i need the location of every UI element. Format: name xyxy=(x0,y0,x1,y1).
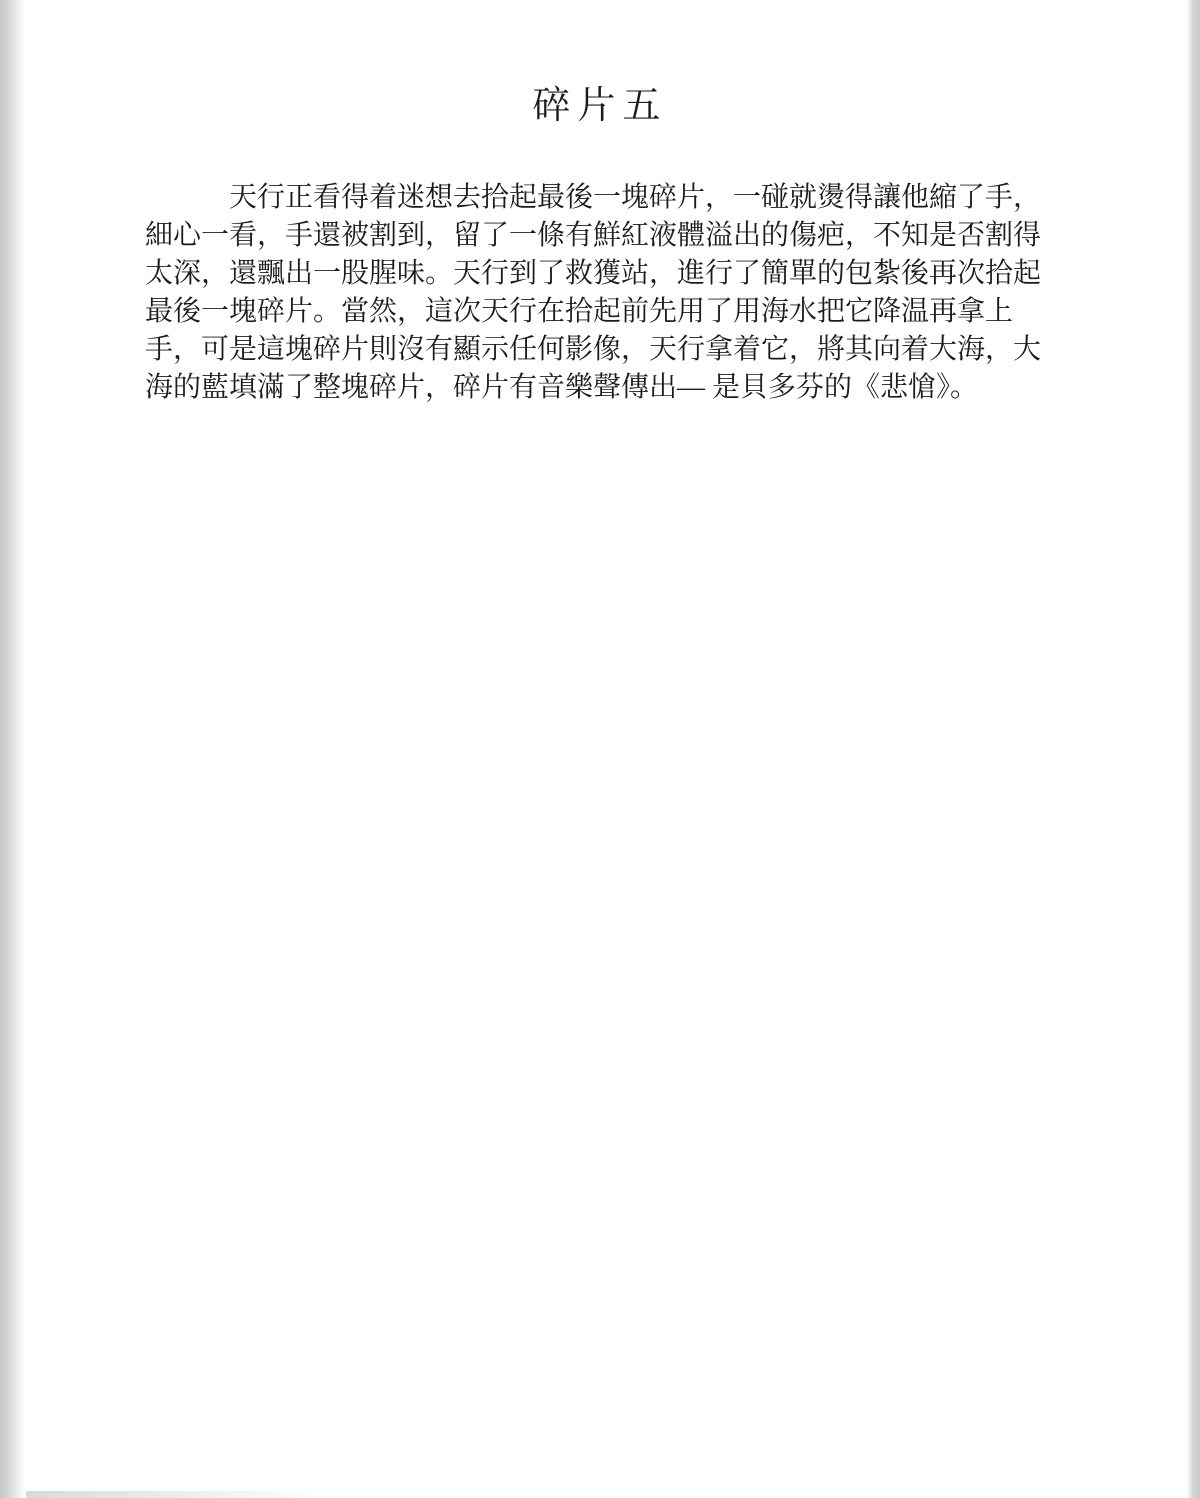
paragraph-line: 手，可是這塊碎片則沒有顯示任何影像，天行拿着它，將其向着大海，大 xyxy=(145,331,1050,369)
scan-edge-bottom xyxy=(26,1491,326,1498)
paragraph-line: 最後一塊碎片。當然，這次天行在拾起前先用了用海水把它降温再拿上 xyxy=(145,293,1050,331)
scan-edge-right xyxy=(1187,0,1200,1498)
paragraph-line: 太深，還飄出一股腥味。天行到了救獲站，進行了簡單的包紮後再次拾起 xyxy=(145,255,1050,293)
paragraph-line: 細心一看，手還被割到，留了一條有鮮紅液體溢出的傷疤，不知是否割得 xyxy=(145,217,1050,255)
page-title: 碎片五 xyxy=(0,74,1200,129)
scan-edge-left xyxy=(0,0,26,1498)
document-page: 碎片五 天行正看得着迷想去拾起最後一塊碎片，一碰就燙得讓他縮了手， 細心一看，手… xyxy=(0,0,1200,1498)
story-paragraph: 天行正看得着迷想去拾起最後一塊碎片，一碰就燙得讓他縮了手， 細心一看，手還被割到… xyxy=(145,179,1050,407)
paragraph-line: 天行正看得着迷想去拾起最後一塊碎片，一碰就燙得讓他縮了手， xyxy=(145,179,1050,217)
paragraph-line: 海的藍填滿了整塊碎片，碎片有音樂聲傳出— 是貝多芬的《悲愴》。 xyxy=(145,369,1050,407)
